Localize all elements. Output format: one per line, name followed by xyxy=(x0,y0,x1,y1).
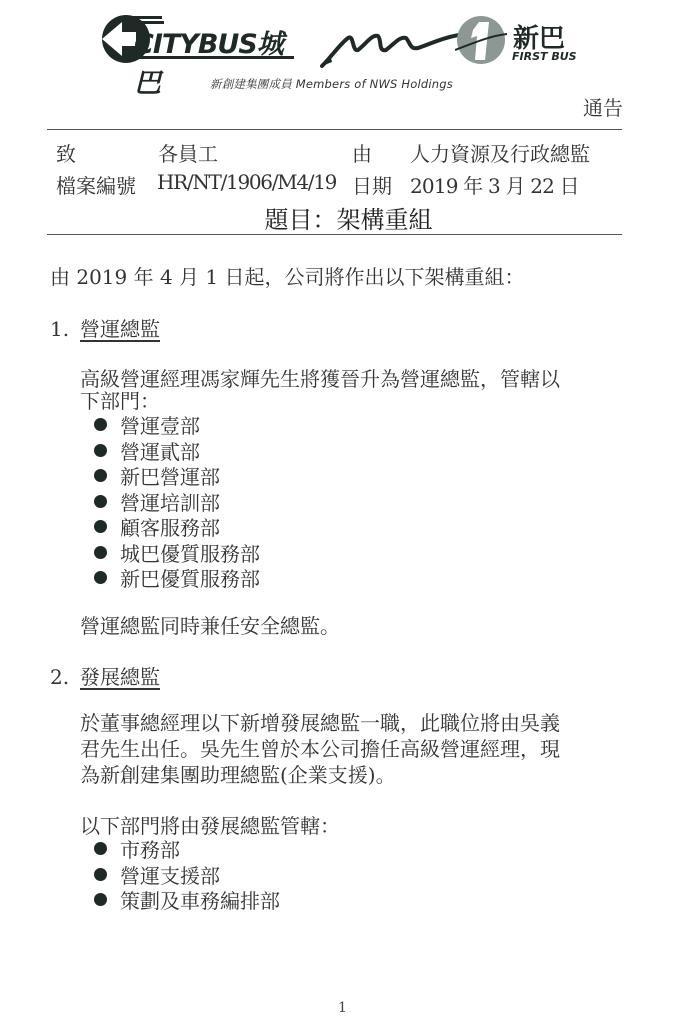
date-label: 日期 xyxy=(352,170,392,199)
bullet-icon xyxy=(94,418,107,431)
header-bottom-divider xyxy=(47,234,622,235)
reference-value: HR/NT/1906/M4/19 xyxy=(157,170,336,194)
subject-title: 題目：架構重組 xyxy=(0,200,697,235)
nws-member-line: 新創建集團成員 Members of NWS Holdings xyxy=(210,76,453,92)
to-label: 致 xyxy=(56,138,76,167)
list-item: 營運支援部 xyxy=(94,862,280,888)
list-item: 營運培訓部 xyxy=(94,489,260,515)
bullet-icon xyxy=(94,842,107,855)
list-item: 營運貳部 xyxy=(94,438,260,464)
bullet-icon xyxy=(94,520,107,533)
section-2-paragraph-line-1: 於董事總經理以下新增發展總監一職，此職位將由吳義 xyxy=(80,710,560,736)
bullet-icon xyxy=(94,444,107,457)
bullet-icon xyxy=(94,495,107,508)
section-2-paragraph-line-3: 為新創建集團助理總監(企業支援)。 xyxy=(80,762,396,788)
reference-label: 檔案編號 xyxy=(56,170,136,199)
list-item: 市務部 xyxy=(94,836,280,862)
from-value: 人力資源及行政總監 xyxy=(410,138,590,167)
citybus-logo: CITYBUS城巴 xyxy=(96,12,306,64)
section-2-number: 2. xyxy=(50,664,69,690)
swirl-icon xyxy=(318,26,468,70)
list-item: 新巴優質服務部 xyxy=(94,565,260,591)
firstbus-logo: 新巴 FIRST BUS xyxy=(455,8,585,70)
to-value: 各員工 xyxy=(158,138,218,167)
bullet-icon xyxy=(94,893,107,906)
section-2-title: 發展總監 xyxy=(80,664,160,690)
list-item: 顧客服務部 xyxy=(94,514,260,540)
section-2-department-list: 市務部 營運支援部 策劃及車務編排部 xyxy=(94,836,280,913)
date-value: 2019 年 3 月 22 日 xyxy=(410,170,579,199)
section-1-title: 營運總監 xyxy=(80,316,160,342)
header-top-divider xyxy=(47,129,622,130)
bullet-icon xyxy=(94,546,107,559)
list-item: 策劃及車務編排部 xyxy=(94,887,280,913)
section-2-paragraph-line-2: 君先生出任。吳先生曾於本公司擔任高級營運經理，現 xyxy=(80,736,560,762)
section-1-department-list: 營運壹部 營運貳部 新巴營運部 營運培訓部 顧客服務部 城巴優質服務部 新巴優質… xyxy=(94,412,260,591)
list-item: 新巴營運部 xyxy=(94,463,260,489)
bullet-icon xyxy=(94,571,107,584)
section-1-note: 營運總監同時兼任安全總監。 xyxy=(80,613,340,639)
bullet-icon xyxy=(94,469,107,482)
firstbus-one-icon xyxy=(455,14,507,66)
nws-swirl-logo xyxy=(318,26,468,70)
list-item: 營運壹部 xyxy=(94,412,260,438)
list-item: 城巴優質服務部 xyxy=(94,540,260,566)
intro-paragraph: 由 2019 年 4 月 1 日起，公司將作出以下架構重組： xyxy=(50,264,525,290)
section-1-number: 1. xyxy=(50,316,69,342)
page-number: 1 xyxy=(338,1000,347,1016)
bullet-icon xyxy=(94,868,107,881)
document-type: 通告 xyxy=(583,92,623,121)
from-label: 由 xyxy=(352,138,372,167)
firstbus-english-name: FIRST BUS xyxy=(512,50,577,63)
